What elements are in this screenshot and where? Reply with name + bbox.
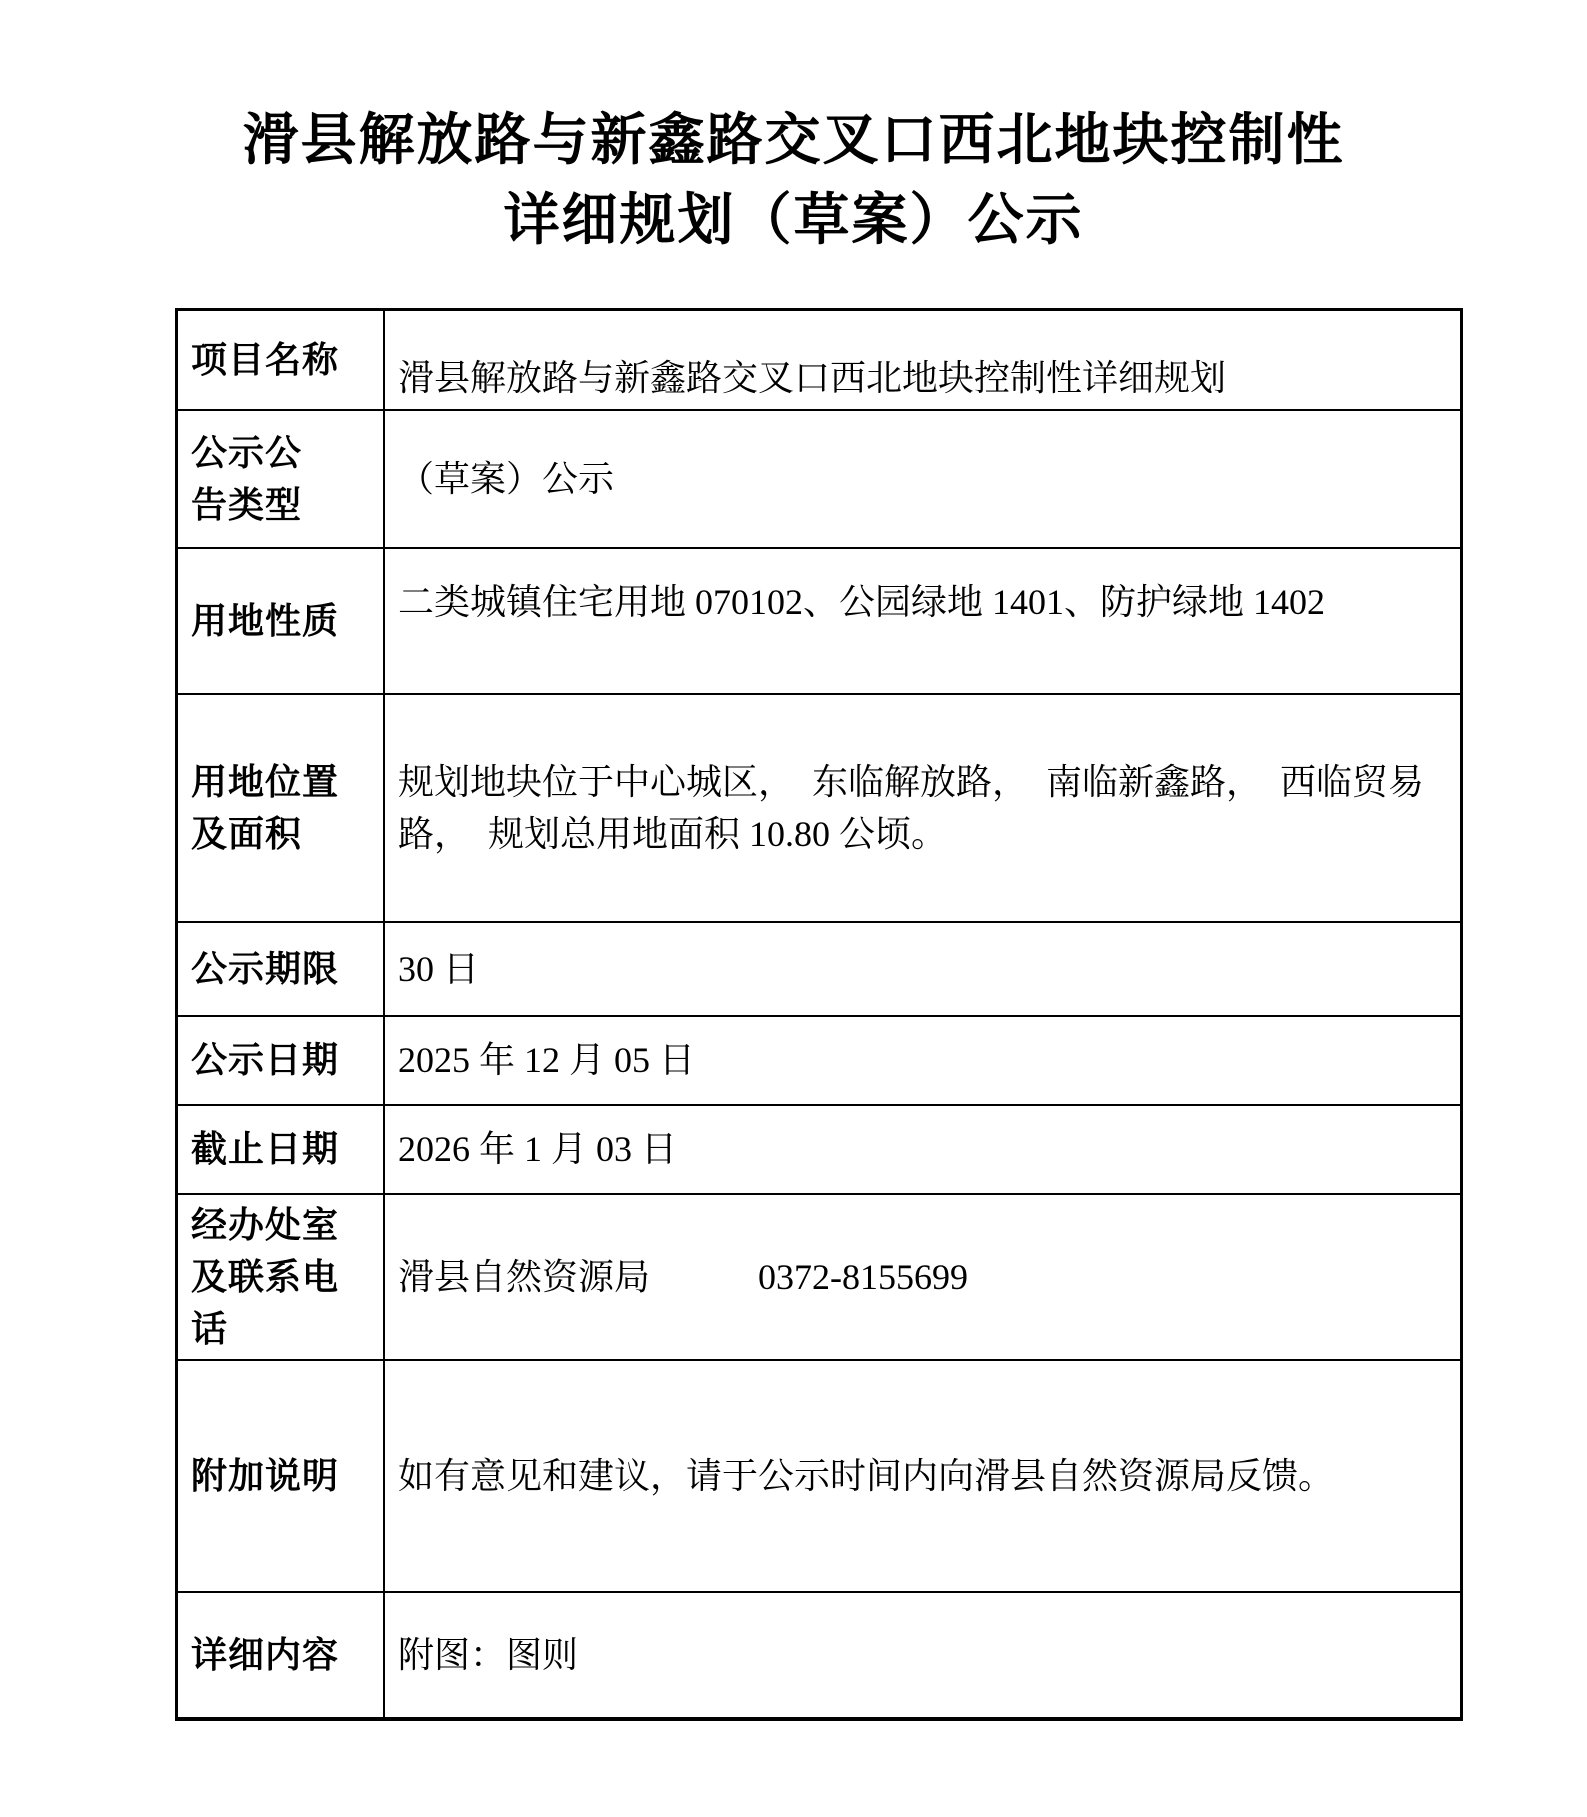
table-row-end-date: 截止日期 2026 年 1 月 03 日 [177, 1105, 1462, 1194]
row-label-detail-content: 详细内容 [177, 1592, 385, 1719]
row-value-land-use-nature: 二类城镇住宅用地 070102、公园绿地 1401、防护绿地 1402 [384, 548, 1462, 694]
table-row-land-use-nature: 用地性质 二类城镇住宅用地 070102、公园绿地 1401、防护绿地 1402 [177, 548, 1462, 694]
row-label-land-use-nature: 用地性质 [177, 548, 385, 694]
row-value-notice-type: （草案）公示 [384, 410, 1462, 548]
table-row-additional-notes: 附加说明 如有意见和建议，请于公示时间内向滑县自然资源局反馈。 [177, 1360, 1462, 1592]
table-row-office-contact: 经办处室 及联系电 话 滑县自然资源局 0372-8155699 [177, 1194, 1462, 1360]
table-row-location-area: 用地位置 及面积 规划地块位于中心城区， 东临解放路， 南临新鑫路， 西临贸易 … [177, 694, 1462, 922]
row-value-location-area: 规划地块位于中心城区， 东临解放路， 南临新鑫路， 西临贸易 路， 规划总用地面… [384, 694, 1462, 922]
row-label-end-date: 截止日期 [177, 1105, 385, 1194]
table-row-notice-period: 公示期限 30 日 [177, 922, 1462, 1016]
row-value-office-contact: 滑县自然资源局 0372-8155699 [384, 1194, 1462, 1360]
row-label-notice-date: 公示日期 [177, 1016, 385, 1105]
row-value-notice-period: 30 日 [384, 922, 1462, 1016]
row-value-detail-content: 附图：图则 [384, 1592, 1462, 1719]
page-title: 滑县解放路与新鑫路交叉口西北地块控制性 详细规划（草案）公示 [0, 100, 1587, 260]
table-row-notice-date: 公示日期 2025 年 12 月 05 日 [177, 1016, 1462, 1105]
table-row-project-name: 项目名称 滑县解放路与新鑫路交叉口西北地块控制性详细规划 [177, 310, 1462, 410]
row-value-notice-date: 2025 年 12 月 05 日 [384, 1016, 1462, 1105]
row-value-project-name: 滑县解放路与新鑫路交叉口西北地块控制性详细规划 [384, 310, 1462, 410]
row-value-end-date: 2026 年 1 月 03 日 [384, 1105, 1462, 1194]
row-label-location-area: 用地位置 及面积 [177, 694, 385, 922]
notice-table: 项目名称 滑县解放路与新鑫路交叉口西北地块控制性详细规划 公示公 告类型 （草案… [175, 308, 1463, 1721]
row-label-notice-type: 公示公 告类型 [177, 410, 385, 548]
table-row-detail-content: 详细内容 附图：图则 [177, 1592, 1462, 1719]
row-label-additional-notes: 附加说明 [177, 1360, 385, 1592]
table-row-notice-type: 公示公 告类型 （草案）公示 [177, 410, 1462, 548]
row-label-project-name: 项目名称 [177, 310, 385, 410]
row-label-notice-period: 公示期限 [177, 922, 385, 1016]
row-value-additional-notes: 如有意见和建议，请于公示时间内向滑县自然资源局反馈。 [384, 1360, 1462, 1592]
row-label-office-contact: 经办处室 及联系电 话 [177, 1194, 385, 1360]
